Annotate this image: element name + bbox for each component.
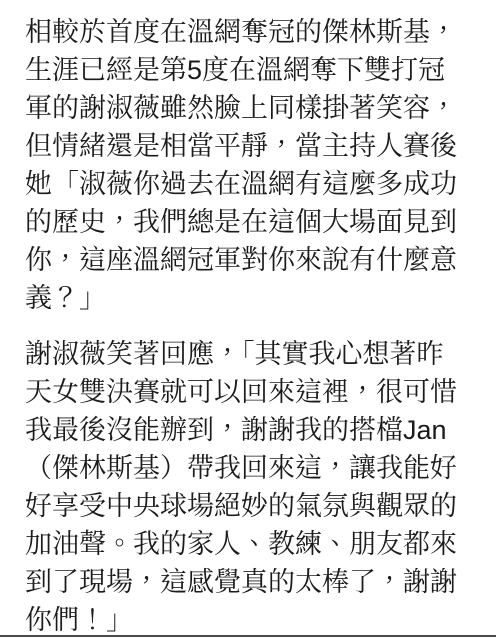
paragraph-1: 相較於首度在溫網奪冠的傑林斯基， 生涯已經是第5度在溫網奪下雙打冠 軍的謝淑薇雖… (25, 13, 475, 317)
text-line: 你們！」 (25, 601, 475, 639)
text-line: 軍的謝淑薇雖然臉上同樣掛著笑容， (25, 89, 475, 127)
text-line: 我最後沒能辦到，謝謝我的搭檔Jan (25, 411, 475, 449)
text-line: （傑林斯基）帶我回來這，讓我能好 (25, 449, 475, 487)
article-text: 相較於首度在溫網奪冠的傑林斯基， 生涯已經是第5度在溫網奪下雙打冠 軍的謝淑薇雖… (25, 13, 475, 639)
text-line: 好享受中央球場絕妙的氣氛與觀眾的 (25, 487, 475, 525)
text-line: 加油聲。我的家人、教練、朋友都來 (25, 525, 475, 563)
text-line: 到了現場，這感覺真的太棒了，謝謝 (25, 563, 475, 601)
bottom-divider (0, 635, 496, 637)
text-line: 生涯已經是第5度在溫網奪下雙打冠 (25, 51, 475, 89)
text-line: 她「淑薇你過去在溫網有這麼多成功 (25, 165, 475, 203)
text-line: 但情緒還是相當平靜，當主持人賽後 (25, 127, 475, 165)
paragraph-2: 謝淑薇笑著回應，「其實我心想著昨 天女雙決賽就可以回來這裡，很可惜 我最後沒能辦… (25, 335, 475, 639)
text-line: 謝淑薇笑著回應，「其實我心想著昨 (25, 335, 475, 373)
text-line: 相較於首度在溫網奪冠的傑林斯基， (25, 13, 475, 51)
text-line: 你，這座溫網冠軍對你來說有什麼意 (25, 241, 475, 279)
text-line: 天女雙決賽就可以回來這裡，很可惜 (25, 373, 475, 411)
text-line: 義？」 (25, 279, 475, 317)
text-line: 的歷史，我們總是在這個大場面見到 (25, 203, 475, 241)
